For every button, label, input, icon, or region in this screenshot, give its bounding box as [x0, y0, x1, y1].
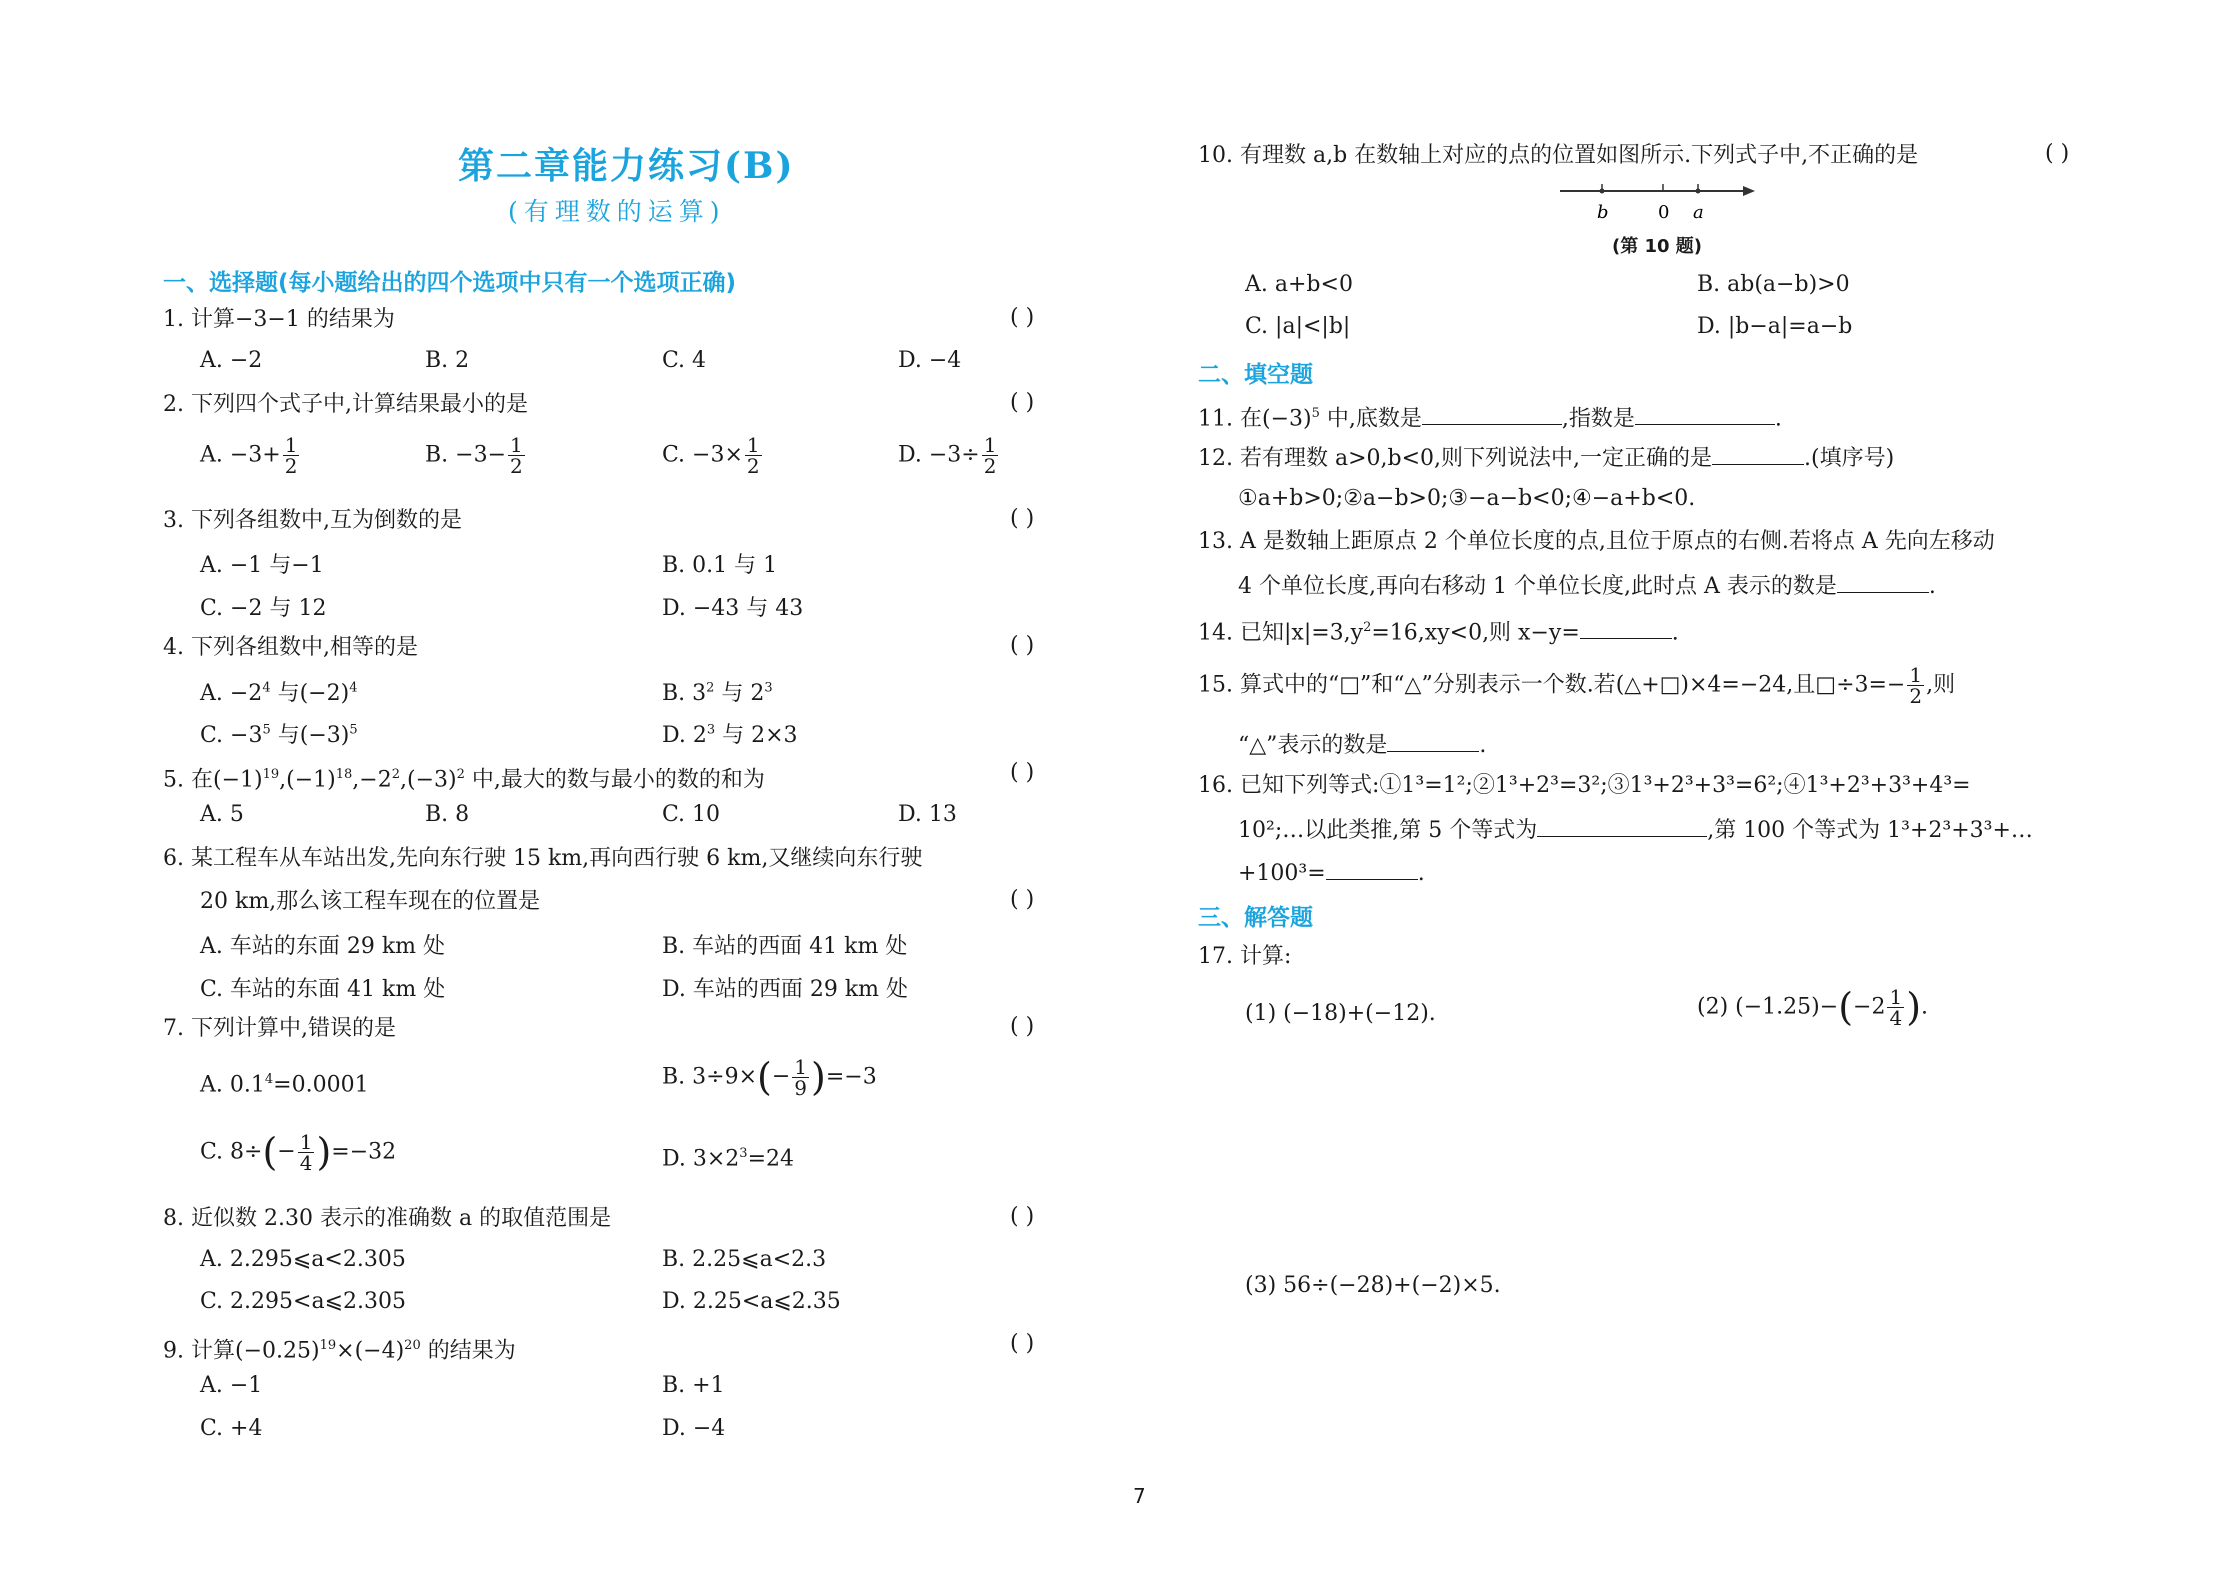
answer-paren[interactable]: ( ) [1010, 760, 1034, 785]
question-6-line-2: 20 km,那么该工程车现在的位置是 [200, 887, 540, 917]
page-title: 第二章能力练习(B) [458, 138, 795, 189]
question-number: 4. [163, 635, 184, 660]
subquestion-1: (1) (−18)+(−12). [1245, 1001, 1436, 1026]
section-heading-fill-in: 二、填空题 [1198, 356, 1313, 389]
option-b: B. +1 [662, 1373, 725, 1398]
option-c: C. 2.295<a⩽2.305 [200, 1289, 406, 1314]
answer-blank[interactable] [1387, 729, 1479, 752]
question-number: 14. [1198, 620, 1233, 645]
question-8: 8. 近似数 2.30 表示的准确数 a 的取值范围是 [163, 1204, 611, 1234]
option-a: A. −1 [200, 1373, 262, 1398]
option-a: A. a+b<0 [1245, 272, 1353, 297]
option-b: B. −3−12 [425, 435, 527, 476]
option-text: B. −3− [425, 443, 506, 468]
answer-paren[interactable]: ( ) [2045, 141, 2069, 166]
question-text: 有理数 a,b 在数轴上对应的点的位置如图所示.下列式子中,不正确的是 [1240, 143, 1918, 168]
question-11: 11. 在(−3)5 中,底数是,指数是. [1198, 399, 1782, 434]
option-text: C. −3× [662, 443, 743, 468]
fraction: 12 [283, 435, 300, 476]
fraction: 12 [745, 435, 762, 476]
fraction: 12 [982, 435, 999, 476]
question-3: 3. 下列各组数中,互为倒数的是 [163, 506, 462, 536]
option-d: D. |b−a|=a−b [1697, 314, 1852, 339]
option-c: C. −2 与 12 [200, 591, 326, 622]
answer-blank[interactable] [1635, 402, 1775, 425]
option-b: B. 2.25⩽a<2.3 [662, 1247, 826, 1272]
question-number: 1. [163, 307, 184, 332]
answer-blank[interactable] [1422, 402, 1562, 425]
page-number: 7 [1133, 1484, 1146, 1508]
answer-blank[interactable] [1326, 857, 1418, 880]
option-d: D. −43 与 43 [662, 591, 803, 622]
fraction: 12 [1907, 665, 1924, 706]
option-d: D. 13 [898, 802, 957, 827]
option-c: C. −3×12 [662, 435, 764, 476]
option-a: A. −3+12 [200, 435, 301, 476]
option-a: A. 5 [200, 802, 244, 827]
option-c: C. |a|<|b| [1245, 314, 1350, 339]
answer-blank[interactable] [1712, 442, 1804, 465]
section-heading-multiple-choice: 一、选择题(每小题给出的四个选项中只有一个选项正确) [163, 264, 736, 297]
question-7: 7. 下列计算中,错误的是 [163, 1014, 396, 1044]
question-6: 6. 某工程车从车站出发,先向东行驶 15 km,再向西行驶 6 km,又继续向… [163, 844, 922, 874]
question-number: 13. [1198, 529, 1233, 554]
question-number: 7. [163, 1016, 184, 1041]
option-d: D. 车站的西面 29 km 处 [662, 972, 908, 1003]
question-number: 3. [163, 508, 184, 533]
option-d: D. −4 [898, 348, 961, 373]
page-subtitle: (有理数的运算) [508, 192, 726, 228]
option-a: A. 0.14=0.0001 [200, 1072, 369, 1097]
option-c: C. 8÷(−14)=−32 [200, 1130, 396, 1174]
option-a: A. −2 [200, 348, 262, 373]
option-b: B. 32 与 23 [662, 676, 773, 707]
option-a: A. 2.295⩽a<2.305 [200, 1247, 406, 1272]
question-number: 16. [1198, 773, 1233, 798]
question-number: 6. [163, 846, 184, 871]
question-text: A 是数轴上距原点 2 个单位长度的点,且位于原点的右侧.若将点 A 先向左移动 [1240, 529, 1995, 554]
question-5: 5. 在(−1)19,(−1)18,−22,(−3)2 中,最大的数与最小的数的… [163, 760, 765, 795]
option-c: C. 车站的东面 41 km 处 [200, 972, 445, 1003]
question-number: 17. [1198, 944, 1233, 969]
section-heading-solve: 三、解答题 [1198, 899, 1313, 932]
question-16: 16. 已知下列等式:①1³=1²;②1³+2³=3²;③1³+2³+3³=6²… [1198, 771, 1971, 801]
option-c: C. +4 [200, 1416, 262, 1441]
question-16-line-3: +100³=. [1238, 857, 1425, 889]
fraction: 12 [508, 435, 525, 476]
question-10: 10. 有理数 a,b 在数轴上对应的点的位置如图所示.下列式子中,不正确的是 [1198, 141, 1918, 171]
option-b: B. ab(a−b)>0 [1697, 272, 1850, 297]
answer-paren[interactable]: ( ) [1010, 305, 1034, 330]
question-text: 下列四个式子中,计算结果最小的是 [191, 392, 528, 417]
option-d: D. −4 [662, 1416, 725, 1441]
question-text: 计算: [1240, 944, 1291, 969]
question-4: 4. 下列各组数中,相等的是 [163, 633, 418, 663]
option-b: B. 3÷9×(−19)=−3 [662, 1055, 877, 1099]
option-d: D. 23 与 2×3 [662, 718, 798, 749]
option-d: D. 3×23=24 [662, 1146, 794, 1171]
answer-paren[interactable]: ( ) [1010, 1204, 1034, 1229]
answer-paren[interactable]: ( ) [1010, 506, 1034, 531]
option-b: B. 8 [425, 802, 469, 827]
question-number: 8. [163, 1206, 184, 1231]
subquestion-2: (2) (−1.25)−(−214). [1697, 985, 1928, 1029]
question-text: 计算−3−1 的结果为 [191, 307, 395, 332]
question-text: 近似数 2.30 表示的准确数 a 的取值范围是 [191, 1206, 611, 1231]
question-number: 15. [1198, 673, 1233, 698]
axis-label-zero: 0 [1658, 202, 1669, 223]
figure-caption: (第 10 题) [1612, 232, 1702, 258]
question-15-line-2: “△”表示的数是. [1238, 729, 1486, 761]
answer-paren[interactable]: ( ) [1010, 633, 1034, 658]
answer-paren[interactable]: ( ) [1010, 887, 1034, 912]
question-9: 9. 计算(−0.25)19×(−4)20 的结果为 [163, 1331, 516, 1366]
question-16-line-2: 10²;…以此类推,第 5 个等式为,第 100 个等式为 1³+2³+3³+… [1238, 814, 2033, 846]
option-c: C. 4 [662, 348, 706, 373]
question-number: 9. [163, 1338, 184, 1363]
answer-blank[interactable] [1580, 616, 1672, 639]
option-d: D. −3÷12 [898, 435, 1000, 476]
option-text: D. −3÷ [898, 443, 980, 468]
question-number: 5. [163, 767, 184, 792]
question-number: 10. [1198, 143, 1233, 168]
option-a: A. −24 与(−2)4 [200, 676, 357, 707]
question-number: 12. [1198, 446, 1233, 471]
option-b: B. 车站的西面 41 km 处 [662, 929, 907, 960]
question-text: 下列各组数中,互为倒数的是 [191, 508, 462, 533]
question-13: 13. A 是数轴上距原点 2 个单位长度的点,且位于原点的右侧.若将点 A 先… [1198, 527, 1995, 557]
question-15: 15. 算式中的“□”和“△”分别表示一个数.若(△+□)×4=−24,且□÷3… [1198, 665, 1955, 706]
axis-label-b: b [1597, 202, 1609, 223]
answer-blank[interactable] [1537, 814, 1707, 837]
answer-blank[interactable] [1837, 570, 1929, 593]
question-13-line-2: 4 个单位长度,再向右移动 1 个单位长度,此时点 A 表示的数是. [1238, 570, 1936, 602]
question-number: 11. [1198, 406, 1233, 431]
option-a: A. 车站的东面 29 km 处 [200, 929, 445, 960]
subquestion-3: (3) 56÷(−28)+(−2)×5. [1245, 1273, 1501, 1298]
question-14: 14. 已知|x|=3,y2=16,xy<0,则 x−y=. [1198, 613, 1679, 648]
answer-paren[interactable]: ( ) [1010, 1331, 1034, 1356]
option-text: A. −3+ [200, 443, 281, 468]
question-number: 2. [163, 392, 184, 417]
answer-paren[interactable]: ( ) [1010, 1014, 1034, 1039]
option-c: C. −35 与(−3)5 [200, 718, 358, 749]
question-2: 2. 下列四个式子中,计算结果最小的是 [163, 390, 528, 420]
question-1: 1. 计算−3−1 的结果为 [163, 305, 395, 335]
question-text: 某工程车从车站出发,先向东行驶 15 km,再向西行驶 6 km,又继续向东行驶 [191, 846, 922, 871]
option-b: B. 2 [425, 348, 469, 373]
question-text: 已知下列等式:①1³=1²;②1³+2³=3²;③1³+2³+3³=6²;④1³… [1240, 773, 1971, 798]
question-17: 17. 计算: [1198, 942, 1291, 972]
option-c: C. 10 [662, 802, 720, 827]
number-line-diagram: b 0 a [1555, 176, 1765, 226]
question-12-statements: ①a+b>0;②a−b>0;③−a−b<0;④−a+b<0. [1238, 484, 1695, 514]
axis-label-a: a [1693, 202, 1704, 223]
option-a: A. −1 与−1 [200, 548, 324, 579]
answer-paren[interactable]: ( ) [1010, 390, 1034, 415]
question-12: 12. 若有理数 a>0,b<0,则下列说法中,一定正确的是.(填序号) [1198, 442, 1894, 474]
option-b: B. 0.1 与 1 [662, 548, 777, 579]
question-text: 下列计算中,错误的是 [191, 1016, 396, 1041]
option-d: D. 2.25<a⩽2.35 [662, 1289, 841, 1314]
question-text: 下列各组数中,相等的是 [191, 635, 418, 660]
